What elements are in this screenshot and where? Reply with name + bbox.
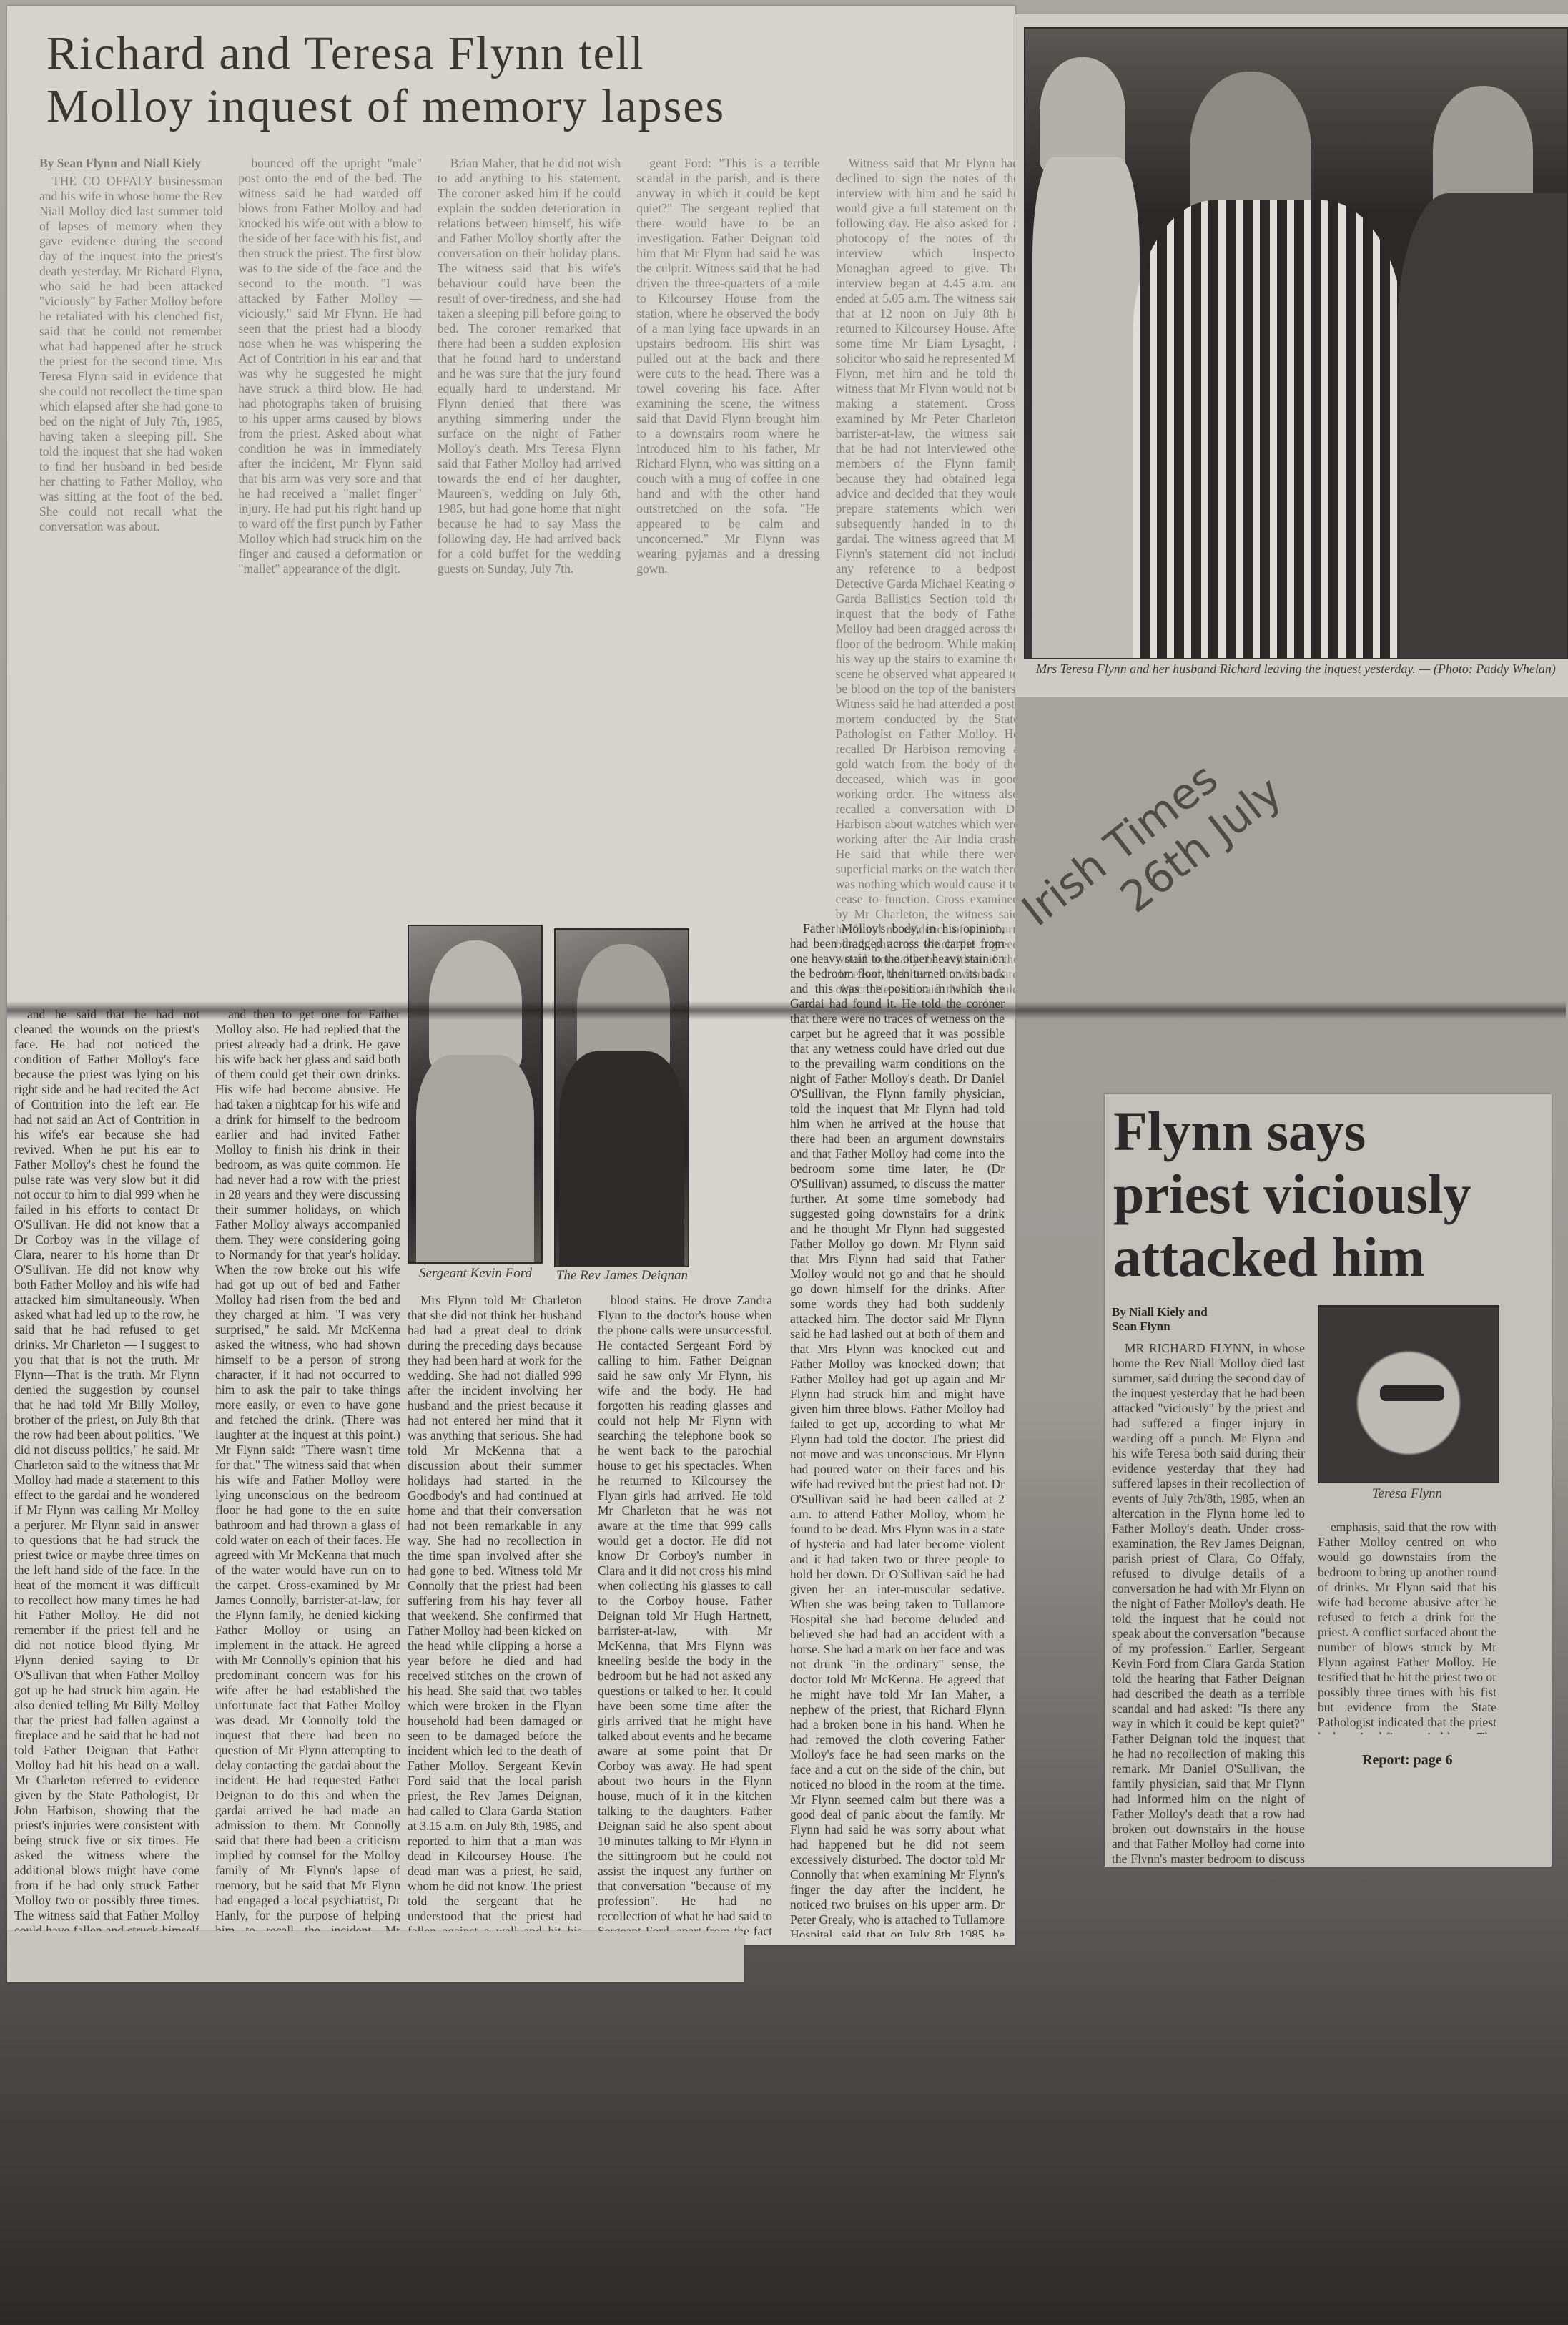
main-article-clipping: Richard and Teresa Flynn tell Molloy inq… xyxy=(7,6,1015,1945)
upper-columns: By Sean Flynn and Niall Kiely THE CO OFF… xyxy=(39,156,1019,1000)
second-byline: By Niall Kiely and Sean Flynn xyxy=(1112,1305,1305,1334)
photo-rev-james-deignan xyxy=(554,928,689,1267)
column-text: blood stains. He drove Zandra Flynn to t… xyxy=(598,1293,772,1937)
caption-sergeant-kevin-ford: Sergeant Kevin Ford xyxy=(404,1266,547,1282)
second-byline-line1: By Niall Kiely and xyxy=(1112,1305,1305,1319)
page-fold-crease xyxy=(7,1001,1566,1020)
main-headline-line2: Molloy inquest of memory lapses xyxy=(46,80,1019,133)
column-text: emphasis, said that the row with Father … xyxy=(1318,1520,1496,1734)
caption-teresa-flynn: Teresa Flynn xyxy=(1318,1486,1496,1502)
lower-left-columns: and he said that he had not cleaned the … xyxy=(14,1007,400,1937)
photo-clipping-flynns: Mrs Teresa Flynn and her husband Richard… xyxy=(1015,14,1568,697)
portrait-body-icon xyxy=(416,1055,534,1262)
column-text: Brian Maher, that he did not wish to add… xyxy=(438,156,621,576)
second-headline-line2: priest viciously xyxy=(1113,1163,1542,1226)
column-10: Father Molloy's body, in his opinion, ha… xyxy=(790,921,1005,1937)
caption-flynns-leaving-inquest: Mrs Teresa Flynn and her husband Richard… xyxy=(1026,662,1566,677)
portrait-body-icon xyxy=(559,1051,684,1266)
second-column-left: MR RICHARD FLYNN, in whose home the Rev … xyxy=(1112,1341,1305,1863)
column-1: By Sean Flynn and Niall Kiely THE CO OFF… xyxy=(39,156,222,1000)
clipping-tail-left xyxy=(7,1931,744,1982)
column-text: geant Ford: "This is a terrible scandal … xyxy=(636,156,819,576)
second-headline-line3: attacked him xyxy=(1113,1226,1542,1289)
column-text: Mrs Flynn told Mr Charleton that she did… xyxy=(408,1293,582,1937)
lower-right-columns: Father Molloy's body, in his opinion, ha… xyxy=(790,921,1005,1937)
caption-rev-james-deignan: The Rev James Deignan xyxy=(547,1268,697,1284)
portrait-garda-body-icon xyxy=(1032,157,1140,658)
sunglasses-icon xyxy=(1380,1385,1444,1401)
main-headline-line1: Richard and Teresa Flynn tell xyxy=(46,27,1019,80)
column-2: bounced off the upright "male" post onto… xyxy=(238,156,421,1000)
column-5: Witness said that Mr Flynn had declined … xyxy=(836,156,1019,1000)
column-4: geant Ford: "This is a terrible scandal … xyxy=(636,156,819,1000)
column-7: and then to get one for Father Molloy al… xyxy=(215,1007,400,1937)
column-3: Brian Maher, that he did not wish to add… xyxy=(438,156,621,1000)
column-text: bounced off the upright "male" post onto… xyxy=(238,156,421,576)
lower-middle-columns: Mrs Flynn told Mr Charleton that she did… xyxy=(408,1293,772,1937)
second-headline: Flynn says priest viciously attacked him xyxy=(1113,1100,1542,1289)
photo-teresa-and-richard-flynn xyxy=(1024,27,1568,659)
second-byline-line2: Sean Flynn xyxy=(1112,1319,1305,1334)
photo-teresa-flynn xyxy=(1318,1305,1499,1483)
photo-sergeant-kevin-ford xyxy=(408,925,543,1264)
column-8: Mrs Flynn told Mr Charleton that she did… xyxy=(408,1293,582,1937)
second-headline-line1: Flynn says xyxy=(1113,1100,1542,1163)
column-6: and he said that he had not cleaned the … xyxy=(14,1007,199,1937)
report-page-link[interactable]: Report: page 6 xyxy=(1362,1752,1453,1769)
column-9: blood stains. He drove Zandra Flynn to t… xyxy=(598,1293,772,1937)
column-text: and he said that he had not cleaned the … xyxy=(14,1007,199,1937)
second-article-clipping: Flynn says priest viciously attacked him… xyxy=(1105,1094,1552,1867)
portrait-teresa-body-icon xyxy=(1133,200,1404,658)
column-text: THE CO OFFALY businessman and his wife i… xyxy=(39,174,222,534)
second-column-right: emphasis, said that the row with Father … xyxy=(1318,1520,1496,1734)
column-text: MR RICHARD FLYNN, in whose home the Rev … xyxy=(1112,1341,1305,1863)
column-text: and then to get one for Father Molloy al… xyxy=(215,1007,400,1937)
column-text: Father Molloy's body, in his opinion, ha… xyxy=(790,921,1005,1937)
main-headline: Richard and Teresa Flynn tell Molloy inq… xyxy=(46,27,1019,133)
main-byline: By Sean Flynn and Niall Kiely xyxy=(39,156,222,171)
column-text: Witness said that Mr Flynn had declined … xyxy=(836,156,1019,1000)
portrait-garda-head-icon xyxy=(1040,57,1125,172)
portrait-richard-body-icon xyxy=(1397,193,1567,658)
